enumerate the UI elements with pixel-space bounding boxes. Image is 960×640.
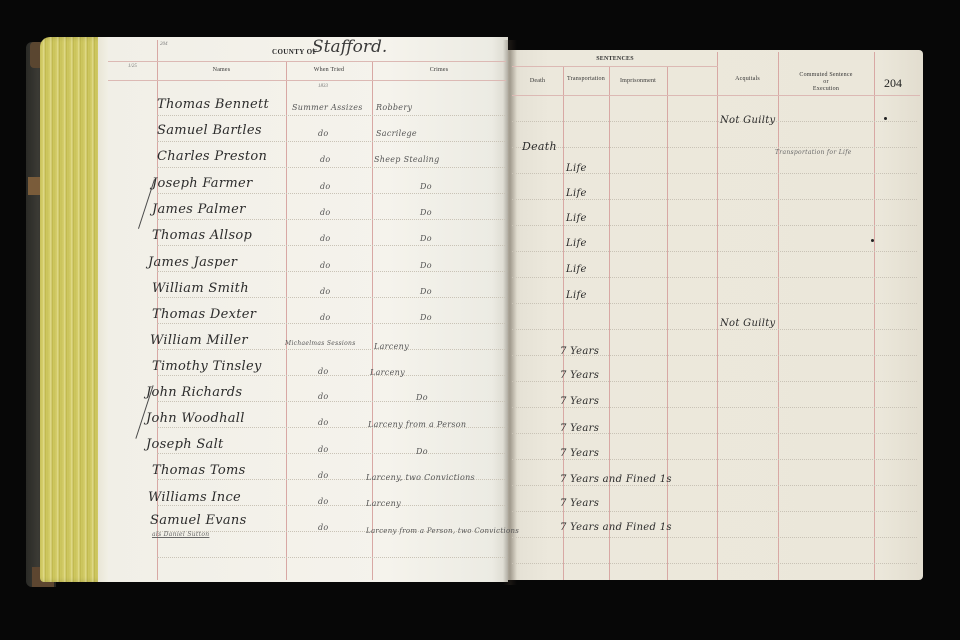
entry-when-tried: do [318,129,329,138]
row-rule [512,459,917,460]
entry-crime: Larceny from a Person, two Convictions [366,527,519,535]
row-rule [157,193,505,194]
header-when-tried: When Tried [286,67,372,73]
row-rule [157,375,505,376]
entry-when-tried: do [318,497,329,506]
entry-transportation: Life [566,213,587,224]
entry-when-tried: do [320,234,331,243]
row-rule [512,147,917,148]
row-rule [157,349,505,350]
margin-note: 1/25 [128,64,137,69]
county-label: COUNTY OF [272,48,317,56]
column-rule [286,62,287,580]
header-sentences: SENTENCES [512,56,718,62]
entry-transportation: Life [566,264,587,275]
entry-crime: Do [420,182,432,191]
row-rule [157,297,505,298]
row-rule [512,537,917,538]
entry-crime: Do [416,393,428,402]
entry-when-tried: do [318,523,329,532]
row-rule [512,511,917,512]
entry-name: Joseph Farmer [152,176,252,191]
entry-acquittal: Not Guilty [720,318,775,329]
row-rule [157,323,505,324]
header-imprisonment: Imprisonment [609,78,667,84]
entry-transportation: 7 Years [560,370,599,381]
entry-name: William Miller [150,333,248,348]
row-rule [512,485,917,486]
row-rule [512,277,917,278]
entry-transportation: 7 Years and Fined 1s [560,522,672,533]
row-rule [157,271,505,272]
entry-when-tried: do [320,313,331,322]
year-note: 1833 [318,84,328,89]
entry-acquittal: Not Guilty [720,115,775,126]
header-death: Death [512,78,563,84]
open-ledger-book: 204 1/25 COUNTY OF Stafford. Names When … [0,0,960,640]
entry-name: Charles Preston [157,149,267,164]
entry-when-tried: Michaelmas Sessions [285,340,356,347]
column-rule [717,52,718,580]
entry-when-tried: do [318,367,329,376]
header-commuted: Commuted Sentence or Execution [778,72,874,93]
row-rule [157,141,505,142]
entry-name: Thomas Dexter [152,307,256,322]
entry-name: Samuel Evans [150,513,247,528]
entry-when-tried: do [318,392,329,401]
entry-name: Williams Ince [148,490,241,505]
entry-crime: Larceny, two Convictions [366,473,475,482]
entry-name: Thomas Toms [152,463,246,478]
entry-name: Timothy Tinsley [152,359,262,374]
ink-spot [871,239,874,242]
gilt-page-edges [40,37,110,582]
row-rule [157,401,505,402]
entry-name: William Smith [152,281,249,296]
row-rule [512,225,917,226]
entry-crime: Do [420,261,432,270]
header-rule [108,61,506,62]
row-rule [157,167,505,168]
page-number: 204 [884,76,902,91]
ink-spot [884,117,887,120]
entry-crime: Do [416,447,428,456]
entry-when-tried: do [320,287,331,296]
row-rule [157,219,505,220]
entry-name-alias: als Daniel Sutton [152,531,209,538]
entry-transportation: Life [566,238,587,249]
entry-name: John Woodhall [146,411,245,426]
entry-crime: Sheep Stealing [374,155,440,164]
entry-transportation: Life [566,188,587,199]
header-crimes: Crimes [372,67,506,73]
entry-transportation: 7 Years and Fined 1s [560,474,672,485]
entry-when-tried: do [318,471,329,480]
column-rule [609,66,610,580]
entry-transportation: 7 Years [560,396,599,407]
entry-transportation: 7 Years [560,346,599,357]
entry-transportation: 7 Years [560,448,599,459]
row-rule [512,199,917,200]
entry-when-tried: do [320,261,331,270]
entry-transportation: 7 Years [560,498,599,509]
entry-name: Thomas Allsop [152,228,252,243]
entry-transportation: Life [566,163,587,174]
entry-crime: Robbery [376,103,412,112]
entry-crime: Larceny from a Person [368,420,466,429]
entry-when-tried: do [320,182,331,191]
entry-crime: Do [420,313,432,322]
entry-when-tried: do [320,155,331,164]
row-rule [512,563,917,564]
row-rule [512,329,917,330]
row-rule [157,115,505,116]
row-rule [512,407,917,408]
entry-when-tried: Summer Assizes [292,103,363,112]
entry-name: Joseph Salt [146,437,224,452]
row-rule [512,251,917,252]
header-rule [512,66,718,67]
row-rule [157,453,505,454]
entry-when-tried: do [320,208,331,217]
entry-crime: Do [420,208,432,217]
entry-name: Thomas Bennett [157,97,269,112]
entry-name: John Richards [146,385,242,400]
county-name: Stafford. [312,37,387,57]
entry-crime: Do [420,287,432,296]
row-rule [512,381,917,382]
row-rule [157,245,505,246]
header-transportation: Transportation [563,76,609,82]
entry-crime: Sacrilege [376,129,417,138]
entry-name: James Palmer [152,202,246,217]
entry-transportation: 7 Years [560,423,599,434]
folio-note: 204 [160,42,168,47]
column-rule [667,66,668,580]
entry-crime: Do [420,234,432,243]
entry-commuted: Transportation for Life [775,149,852,156]
entry-name: James Jasper [148,255,237,270]
header-acquittals: Acquitals [717,76,778,82]
header-rule [108,80,506,81]
entry-crime: Larceny [366,499,401,508]
row-rule [512,121,917,122]
entry-name: Samuel Bartles [157,123,262,138]
header-names: Names [157,67,286,73]
entry-death: Death [522,140,557,153]
row-rule [157,557,505,558]
column-rule [874,52,875,580]
header-rule [512,95,920,96]
entry-transportation: Life [566,290,587,301]
entry-when-tried: do [318,445,329,454]
entry-crime: Larceny [374,342,409,351]
row-rule [512,303,917,304]
entry-crime: Larceny [370,368,405,377]
column-rule [778,52,779,580]
row-rule [157,505,505,506]
entry-when-tried: do [318,418,329,427]
